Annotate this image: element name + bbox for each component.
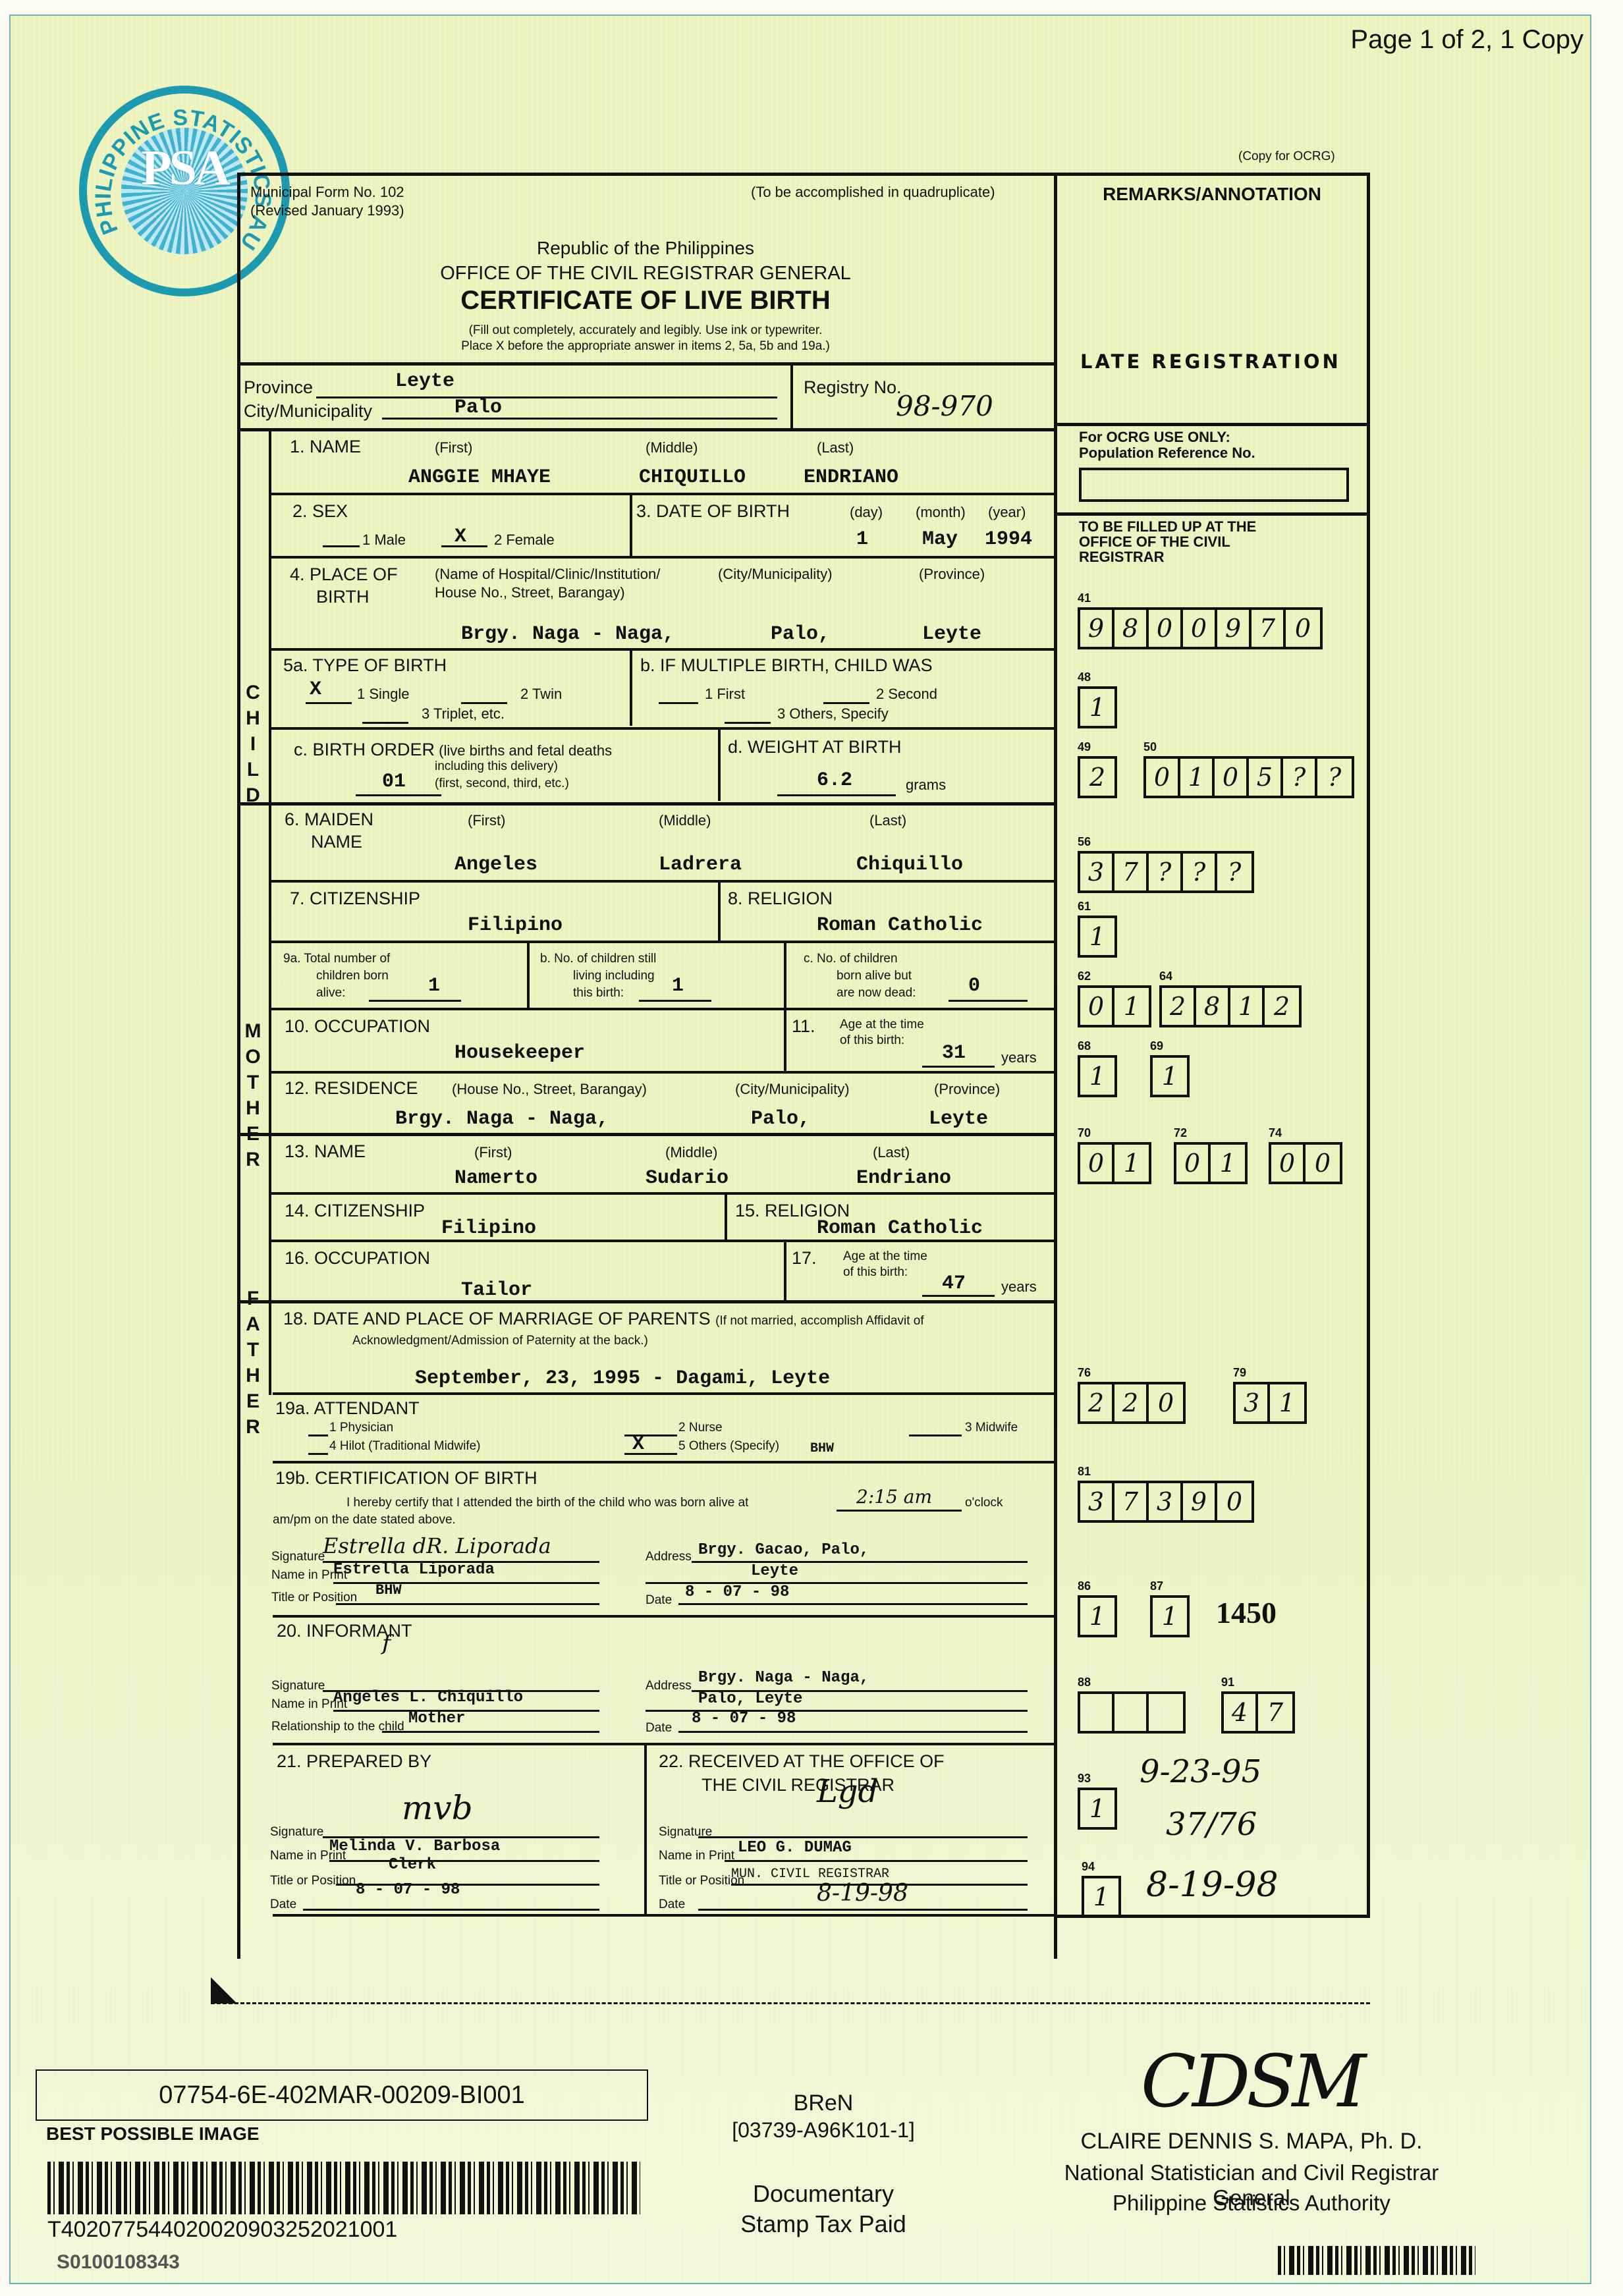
registrar-general-signature: CDSM (1041, 2039, 1462, 2123)
pob-hospital-label-2: House No., Street, Barangay) (435, 585, 625, 601)
field-64-label: 64 (1159, 970, 1172, 983)
field-76-label: 76 (1078, 1366, 1091, 1380)
single-option: 1 Single (357, 686, 410, 702)
field-93: 1 (1078, 1788, 1117, 1830)
prepared-by-label: 21. PREPARED BY (277, 1752, 431, 1772)
field-74-label: 74 (1269, 1126, 1282, 1140)
preparer-title-label: Title or Position (270, 1874, 356, 1888)
attendant-others: 5 Others (Specify) (678, 1440, 779, 1454)
residence-city: Palo, (751, 1108, 810, 1130)
dead-children-value: 0 (968, 975, 980, 997)
attendant-address-label: Address (646, 1550, 692, 1564)
living-children-value: 1 (672, 975, 684, 997)
last-label: (Last) (817, 440, 854, 456)
mother-citizenship-label: 7. CITIZENSHIP (290, 889, 420, 909)
registrar-date-label: Date (659, 1898, 685, 1912)
male-option: 1 Male (362, 532, 406, 548)
instructions-line-2: Place X before the appropriate answer in… (237, 340, 1054, 354)
informant-address-label: Address (646, 1680, 692, 1693)
field-41-label: 41 (1078, 591, 1091, 605)
marriage-note: Acknowledgment/Admission of Paternity at… (352, 1334, 648, 1348)
attendant-signature: Estrella dR. Liporada (323, 1533, 551, 1558)
field-56: 37??? (1078, 851, 1254, 893)
note-date-2: 8-19-98 (1146, 1865, 1279, 1905)
mother-first-name: Angeles (454, 854, 537, 876)
stamp-tax-line-2: Stamp Tax Paid (698, 2210, 949, 2238)
father-age: 47 (942, 1272, 966, 1295)
bren-label: BReN (698, 2091, 949, 2116)
field-87-label: 87 (1150, 1579, 1163, 1593)
dob-month: May (922, 528, 958, 551)
multiple-first-option: 1 First (705, 686, 745, 702)
ocrg-use-label: For OCRG USE ONLY: (1079, 429, 1230, 445)
preparer-date-label: Date (270, 1898, 296, 1912)
attendant-midwife: 3 Midwife (965, 1421, 1018, 1435)
mother-first-label: (First) (468, 813, 505, 829)
child-first-name: ANGGIE MHAYE (408, 466, 551, 489)
year-label: (year) (988, 505, 1026, 520)
mother-citizenship: Filipino (468, 914, 563, 937)
registrar-name-label: Name in Print (659, 1849, 734, 1863)
field-64: 2812 (1159, 985, 1302, 1027)
attendant-date-label: Date (646, 1594, 672, 1608)
field-79: 31 (1233, 1382, 1307, 1424)
field-81: 37390 (1078, 1481, 1254, 1523)
female-mark: X (454, 526, 466, 548)
field-48-label: 48 (1078, 670, 1091, 684)
bren-code: [03739-A96K101-1] (698, 2118, 949, 2143)
field-86: 1 (1078, 1595, 1117, 1637)
informant-name: Angeles L. Chiquillo (333, 1689, 523, 1707)
field-50-label: 50 (1143, 740, 1157, 754)
preparer-signature: mvb (402, 1789, 473, 1827)
province-value: Leyte (395, 370, 454, 393)
page-info: Page 1 of 2, 1 Copy (1350, 25, 1583, 55)
mother-middle-label: (Middle) (659, 813, 711, 829)
certification-label: 19b. CERTIFICATION OF BIRTH (275, 1469, 537, 1489)
field-41: 9800970 (1078, 607, 1323, 649)
informant-address: Brgy. Naga - Naga, (698, 1669, 869, 1687)
registrar-name: LEO G. DUMAG (738, 1839, 852, 1857)
living-children-label-2: living including (573, 970, 655, 983)
dob-label: 3. DATE OF BIRTH (636, 502, 790, 522)
informant-signature: ᶠ (382, 1628, 391, 1671)
informant-label: 20. INFORMANT (277, 1622, 412, 1641)
first-label: (First) (435, 440, 472, 456)
triplet-option: 3 Triplet, etc. (422, 706, 505, 722)
living-children-label: b. No. of children still (540, 952, 656, 966)
month-label: (month) (916, 505, 966, 520)
twin-option: 2 Twin (520, 686, 562, 702)
living-children-label-3: this birth: (573, 987, 624, 1000)
child-section-label: CHILD (240, 680, 266, 808)
registry-label: Registry No. (804, 378, 902, 398)
serial-number: S0100108343 (57, 2251, 180, 2274)
registrar-date: 8-19-98 (817, 1880, 908, 1907)
mother-middle-name: Ladrera (659, 854, 742, 876)
father-age-label-2: of this birth: (843, 1266, 908, 1280)
certification-text: I hereby certify that I attended the bir… (346, 1496, 748, 1510)
note-date-1: 9-23-95 (1140, 1753, 1261, 1790)
mother-religion: Roman Catholic (817, 914, 983, 937)
field-91: 47 (1221, 1691, 1295, 1734)
mother-age-label-2: of this birth: (840, 1034, 904, 1048)
field-70: 01 (1078, 1142, 1151, 1184)
signatory-organization: Philippine Statistics Authority (1028, 2191, 1475, 2216)
barcode-icon (47, 2162, 640, 2214)
field-87: 1 (1150, 1595, 1190, 1637)
child-name-label: 1. NAME (290, 437, 361, 457)
pob-city: Palo, (771, 623, 830, 645)
attendant-name: Estrella Liporada (333, 1561, 495, 1579)
father-first-label: (First) (474, 1145, 512, 1161)
type-of-birth-label: 5a. TYPE OF BIRTH (283, 656, 447, 676)
informant-signature-label: Signature (271, 1680, 325, 1693)
field-70-label: 70 (1078, 1126, 1091, 1140)
field-50: 0105?? (1143, 756, 1354, 798)
father-age-unit: years (1001, 1279, 1037, 1295)
field-62-label: 62 (1078, 970, 1091, 983)
father-name-label: 13. NAME (285, 1142, 366, 1162)
form-number: Municipal Form No. 102 (250, 184, 404, 200)
mother-age-number: 11. (792, 1017, 815, 1037)
informant-relationship: Mother (408, 1710, 465, 1728)
mother-occupation: Housekeeper (454, 1042, 585, 1064)
weight-label: d. WEIGHT AT BIRTH (728, 738, 902, 757)
father-citizenship: Filipino (441, 1217, 536, 1240)
preparer-name: Melinda V. Barbosa (329, 1838, 500, 1855)
preparer-title: Clerk (389, 1856, 436, 1874)
father-occupation-label: 16. OCCUPATION (285, 1249, 430, 1269)
weight-value: 6.2 (817, 769, 852, 792)
pob-label-2: BIRTH (316, 588, 370, 607)
father-occupation: Tailor (461, 1279, 532, 1301)
to-be-filled-label: TO BE FILLED UP AT THEOFFICE OF THE CIVI… (1079, 519, 1256, 564)
attendant-label: 19a. ATTENDANT (275, 1399, 420, 1419)
city-label: City/Municipality (244, 402, 372, 422)
father-last-name: Endriano (856, 1167, 951, 1189)
father-citizenship-label: 14. CITIZENSHIP (285, 1201, 425, 1221)
corner-mark (211, 1977, 237, 2004)
field-56-label: 56 (1078, 835, 1091, 849)
total-children-label-2: children born (316, 970, 389, 983)
attendant-address-2: Leyte (751, 1562, 798, 1580)
field-91-label: 91 (1221, 1676, 1234, 1689)
note-reference: 37/76 (1166, 1806, 1257, 1843)
field-74: 00 (1269, 1142, 1342, 1184)
residence-city-label: (City/Municipality) (735, 1081, 850, 1097)
document-reference: 07754-6E-402MAR-00209-BI001 (36, 2069, 648, 2121)
mother-religion-label: 8. RELIGION (728, 889, 833, 909)
mother-age: 31 (942, 1042, 966, 1064)
multiple-others-option: 3 Others, Specify (777, 706, 889, 722)
best-possible-image-label: BEST POSSIBLE IMAGE (46, 2123, 260, 2145)
birth-order-note: including this delivery) (435, 760, 558, 774)
birth-order-label: c. BIRTH ORDER (live births and fetal de… (294, 740, 612, 760)
field-94: 1 (1082, 1876, 1121, 1918)
field-49: 2 (1078, 756, 1117, 798)
attendant-hilot: 4 Hilot (Traditional Midwife) (329, 1440, 480, 1454)
form-title: CERTIFICATE OF LIVE BIRTH (237, 286, 1054, 315)
marriage-label: 18. DATE AND PLACE OF MARRIAGE OF PARENT… (283, 1309, 924, 1329)
field-88-label: 88 (1078, 1676, 1091, 1689)
weight-unit: grams (906, 777, 946, 793)
dead-children-label-3: are now dead: (837, 987, 916, 1000)
field-48: 1 (1078, 686, 1117, 728)
pob-province: Leyte (922, 623, 981, 645)
stamp-1450: 1450 (1216, 1595, 1277, 1630)
sex-label: 2. SEX (292, 502, 348, 522)
mother-last-name: Chiquillo (856, 854, 963, 876)
field-61: 1 (1078, 916, 1117, 958)
field-69-label: 69 (1150, 1039, 1163, 1053)
office-label: OFFICE OF THE CIVIL REGISTRAR GENERAL (237, 263, 1054, 285)
attendant-address: Brgy. Gacao, Palo, (698, 1541, 869, 1559)
residence-place: Brgy. Naga - Naga, (395, 1108, 609, 1130)
field-88 (1078, 1691, 1186, 1734)
population-reference-input[interactable] (1079, 468, 1349, 502)
maiden-name-label-2: NAME (311, 833, 362, 852)
attendant-others-mark: X (632, 1433, 644, 1456)
birth-order-value: 01 (382, 771, 406, 793)
child-middle-name: CHIQUILLO (639, 466, 746, 489)
republic-label: Republic of the Philippines (237, 238, 1054, 259)
attendant-title: BHW (375, 1582, 402, 1599)
pob-hospital-label: (Name of Hospital/Clinic/Institution/ (435, 566, 660, 582)
form-revised: (Revised January 1993) (250, 203, 404, 219)
multiple-second-option: 2 Second (876, 686, 937, 702)
field-94-label: 94 (1082, 1860, 1095, 1874)
total-children-label: 9a. Total number of (283, 952, 390, 966)
father-middle-name: Sudario (646, 1167, 729, 1189)
field-68: 1 (1078, 1055, 1117, 1097)
total-children-value: 1 (428, 975, 440, 997)
female-option: 2 Female (494, 532, 555, 548)
informant-date: 8 - 07 - 98 (692, 1710, 796, 1728)
preparer-date: 8 - 07 - 98 (356, 1881, 460, 1899)
remarks-title: REMARKS/ANNOTATION (1054, 184, 1370, 205)
mother-age-label: Age at the time (840, 1018, 924, 1032)
population-reference-label: Population Reference No. (1079, 445, 1255, 461)
attendant-signature-label: Signature (271, 1550, 325, 1564)
informant-date-label: Date (646, 1722, 672, 1736)
pob-city-label: (City/Municipality) (718, 566, 833, 582)
certification-text-2: am/pm on the date stated above. (273, 1514, 456, 1527)
field-72: 01 (1174, 1142, 1248, 1184)
quadruplicate-note: (To be accomplished in quadruplicate) (751, 184, 995, 200)
birth-order-note-2: (first, second, third, etc.) (435, 777, 569, 791)
father-middle-label: (Middle) (665, 1145, 717, 1161)
province-label: Province (244, 378, 313, 398)
father-last-label: (Last) (873, 1145, 910, 1161)
birth-time: 2:15 am (856, 1486, 932, 1508)
barcode-text: T402077544020020903252021001 (47, 2217, 397, 2243)
maiden-name-label: 6. MAIDEN (285, 810, 373, 830)
oclock-label: o'clock (965, 1496, 1003, 1510)
field-81-label: 81 (1078, 1465, 1091, 1479)
field-72-label: 72 (1174, 1126, 1187, 1140)
received-label: 22. RECEIVED AT THE OFFICE OF (659, 1752, 945, 1772)
residence-house-label: (House No., Street, Barangay) (452, 1081, 647, 1097)
preparer-signature-label: Signature (270, 1826, 323, 1840)
attendant-nurse: 2 Nurse (678, 1421, 723, 1435)
city-value: Palo (454, 396, 502, 419)
mother-section-label: MOTHER (240, 1018, 266, 1172)
father-religion: Roman Catholic (817, 1217, 983, 1240)
pob-label: 4. PLACE OF (290, 565, 398, 585)
registrar-signature: Lgd (817, 1773, 878, 1810)
dob-year: 1994 (985, 528, 1032, 551)
attendant-physician: 1 Physician (329, 1421, 393, 1435)
attendant-others-value: BHW (810, 1441, 834, 1456)
marriage-value: September, 23, 1995 - Dagami, Leyte (415, 1367, 830, 1390)
mother-last-label: (Last) (869, 813, 906, 829)
birth-certificate-form: Municipal Form No. 102 (Revised January … (237, 173, 1370, 1959)
pob-place: Brgy. Naga - Naga, (461, 623, 674, 645)
father-first-name: Namerto (454, 1167, 537, 1189)
mother-occupation-label: 10. OCCUPATION (285, 1017, 430, 1037)
attendant-date: 8 - 07 - 98 (685, 1583, 789, 1601)
father-age-label: Age at the time (843, 1250, 927, 1264)
copy-for-label: (Copy for OCRG) (1238, 150, 1335, 164)
registry-number: 98-970 (896, 390, 993, 422)
informant-address-2: Palo, Leyte (698, 1690, 802, 1708)
field-62: 01 (1078, 985, 1151, 1027)
mother-age-unit: years (1001, 1050, 1037, 1066)
field-69: 1 (1150, 1055, 1190, 1097)
residence-province: Leyte (929, 1108, 988, 1130)
signatory-name: CLAIRE DENNIS S. MAPA, Ph. D. (1028, 2129, 1475, 2154)
dead-children-label: c. No. of children (804, 952, 898, 966)
child-last-name: ENDRIANO (804, 466, 898, 489)
late-registration-stamp: LATE REGISTRATION (1080, 352, 1341, 373)
day-label: (day) (850, 505, 883, 520)
dob-day: 1 (856, 528, 868, 551)
stamp-tax-line-1: Documentary (698, 2180, 949, 2208)
middle-label: (Middle) (646, 440, 698, 456)
instructions-line-1: (Fill out completely, accurately and leg… (237, 324, 1054, 338)
field-79-label: 79 (1233, 1366, 1246, 1380)
multiple-birth-label: b. IF MULTIPLE BIRTH, CHILD WAS (640, 656, 933, 676)
field-76: 220 (1078, 1382, 1186, 1424)
father-age-number: 17. (792, 1249, 817, 1269)
security-barcode-icon (1278, 2246, 1475, 2275)
pob-province-label: (Province) (919, 566, 985, 582)
residence-province-label: (Province) (934, 1081, 1000, 1097)
field-93-label: 93 (1078, 1772, 1091, 1786)
field-49-label: 49 (1078, 740, 1091, 754)
residence-label: 12. RESIDENCE (285, 1079, 418, 1099)
field-68-label: 68 (1078, 1039, 1091, 1053)
father-section-label: FATHER (240, 1286, 266, 1440)
dead-children-label-2: born alive but (837, 970, 912, 983)
field-86-label: 86 (1078, 1579, 1091, 1593)
total-children-label-3: alive: (316, 987, 345, 1000)
single-mark: X (310, 678, 321, 701)
field-61-label: 61 (1078, 900, 1091, 914)
